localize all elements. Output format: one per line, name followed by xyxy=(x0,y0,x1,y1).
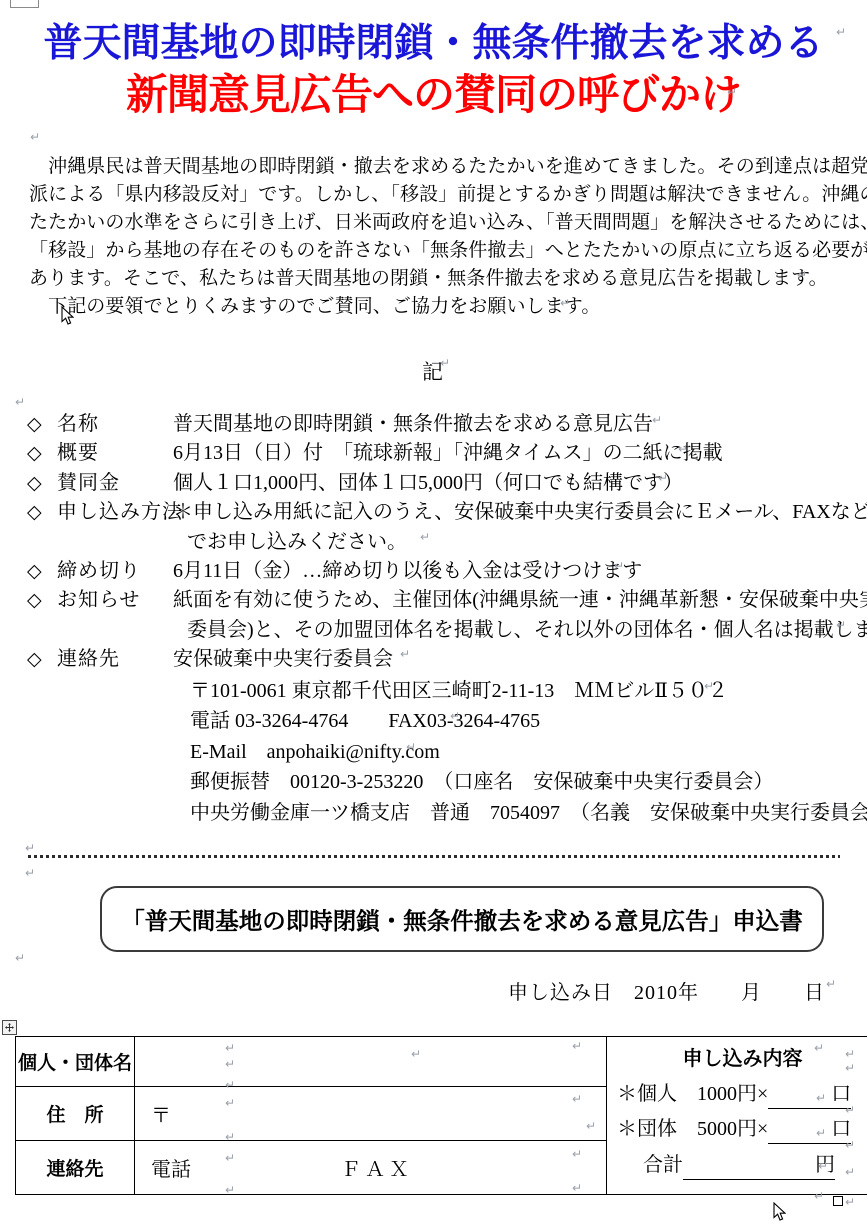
tel-label: 電話 xyxy=(151,1159,191,1181)
mouse-cursor-icon xyxy=(61,306,74,325)
diamond-bullet-icon: ◇ xyxy=(27,557,57,586)
intro-line: 派による「県内移設反対」です。しかし、「移設」前提とするかぎり問題は解決できませ… xyxy=(29,181,841,209)
order-summary-header: 申し込み内容 xyxy=(617,1043,867,1077)
diamond-bullet-icon: ◇ xyxy=(27,410,57,439)
intro-paragraph: 沖縄県民は普天間基地の即時閉鎖・撤去を求めるたたかいを進めてきました。その到達点… xyxy=(29,153,841,321)
individual-count-field[interactable]: 口 xyxy=(768,1080,851,1109)
row-label-contact: 連絡先 xyxy=(16,1141,135,1195)
paragraph-mark-icon: ↵ xyxy=(826,978,836,990)
address-input-cell[interactable]: 〒 xyxy=(135,1087,607,1141)
list-item-content: でお申し込みください。 xyxy=(187,528,407,557)
total-amount-field[interactable]: 円 xyxy=(683,1151,835,1180)
application-form-title-box: 「普天間基地の即時閉鎖・無条件撤去を求める意見広告」申込書 xyxy=(100,886,824,952)
unit-kuchi: 口 xyxy=(831,1118,851,1140)
group-amount-line: ＊団体 5000円×口 xyxy=(617,1112,867,1147)
contact-details: 〒101-0061 東京都千代田区三崎町2-11-13 ＭＭビルⅡ５０２ 電話 … xyxy=(190,676,867,828)
list-item: ◇ お知らせ 紙面を有効に使うため、主催団体(沖縄県統一連・沖縄革新懇・安保破棄… xyxy=(27,586,843,615)
application-date-line: 申し込み日 2010年 月 日 xyxy=(508,976,825,1005)
contact-postal-transfer: 郵便振替 00120-3-253220 （口座名 安保破棄中央実行委員会） xyxy=(190,767,867,797)
name-input-cell[interactable] xyxy=(135,1037,607,1087)
list-item: ◇ 名称 普天間基地の即時閉鎖・無条件撤去を求める意見広告 xyxy=(27,410,843,439)
total-line: 合計円 xyxy=(617,1147,867,1183)
diamond-bullet-icon: ◇ xyxy=(27,645,57,674)
list-item-label: 概要 xyxy=(57,439,173,468)
intro-line: たたかいの水準をさらに引き上げ、日米両政府を追い込み、「普天間問題」を解決させる… xyxy=(29,209,841,237)
intro-line: あります。そこで、私たちは普天間基地の閉鎖・無条件撤去を求める意見広告を掲載しま… xyxy=(29,265,841,293)
fax-label: ＦＡＸ xyxy=(341,1159,413,1181)
diamond-bullet-icon: ◇ xyxy=(27,586,57,615)
list-item-content: 6月11日（金）…締め切り以後も入金は受けつけます xyxy=(173,557,843,586)
notice-list: ◇ 名称 普天間基地の即時閉鎖・無条件撤去を求める意見広告 ◇ 概要 6月13日… xyxy=(27,410,843,675)
unit-yen: 円 xyxy=(815,1154,835,1176)
diamond-bullet-icon: ◇ xyxy=(27,498,57,527)
paragraph-mark-icon: ↵ xyxy=(15,952,25,964)
group-count-field[interactable]: 口 xyxy=(768,1115,851,1144)
list-item-content: 普天間基地の即時閉鎖・無条件撤去を求める意見広告 xyxy=(173,410,843,439)
list-item-label: 連絡先 xyxy=(57,645,173,674)
diamond-bullet-icon: ◇ xyxy=(27,439,57,468)
contact-email: E-Mail anpohaiki@nifty.com xyxy=(190,737,867,767)
dotted-cut-line xyxy=(28,855,840,858)
diamond-bullet-icon: ◇ xyxy=(27,469,57,498)
list-item: ◇ 締め切り 6月11日（金）…締め切り以後も入金は受けつけます xyxy=(27,557,843,586)
list-item: ◇ 連絡先 安保破棄中央実行委員会 xyxy=(27,645,843,674)
individual-amount-label: ＊個人 1000円× xyxy=(617,1083,768,1105)
list-item-continuation: でお申し込みください。 xyxy=(27,528,843,557)
contact-phone-fax: 電話 03-3264-4764 FAX03-3264-4765 xyxy=(190,706,867,736)
paragraph-mark-icon: ↵ xyxy=(30,131,40,143)
end-of-document-marker xyxy=(833,1196,843,1206)
row-label-address: 住 所 xyxy=(16,1087,135,1141)
list-item-continuation: 委員会)と、その加盟団体名を掲載し、それ以外の団体名・個人名は掲載しません xyxy=(27,616,843,645)
list-item-label: 申し込み方法 xyxy=(57,498,173,527)
main-title-line1: 普天間基地の即時閉鎖・無条件撤去を求める xyxy=(0,12,867,68)
list-item-content: 紙面を有効に使うため、主催団体(沖縄県統一連・沖縄革新懇・安保破棄中央実行 xyxy=(173,586,867,615)
order-summary-cell: 申し込み内容 ＊個人 1000円×口 ＊団体 5000円×口 合計円 xyxy=(607,1037,867,1195)
individual-amount-line: ＊個人 1000円×口 xyxy=(617,1077,867,1112)
row-label-name: 個人・団体名 xyxy=(16,1037,135,1087)
intro-line: 下記の要領でとりくみますのでご賛同、ご協力をお願いします。 xyxy=(29,293,841,321)
paragraph-mark-icon: ↵ xyxy=(25,842,35,854)
list-item-content: 安保破棄中央実行委員会 xyxy=(173,645,843,674)
intro-line: 沖縄県民は普天間基地の即時閉鎖・撤去を求めるたたかいを進めてきました。その到達点… xyxy=(29,153,841,181)
postal-mark: 〒 xyxy=(151,1105,171,1127)
main-title-line2: 新聞意見広告への賛同の呼びかけ xyxy=(0,62,867,122)
table-row: 個人・団体名 申し込み内容 ＊個人 1000円×口 ＊団体 5000円×口 合計… xyxy=(16,1037,867,1087)
contact-bank-account: 中央労働金庫一ツ橋支店 普通 7054097 （名義 安保破棄中央実行委員会） xyxy=(190,798,867,828)
scrolled-ui-fragment xyxy=(10,0,39,8)
group-amount-label: ＊団体 5000円× xyxy=(617,1118,768,1140)
list-item-content: ＊申し込み用紙に記入のうえ、安保破棄中央実行委員会にＥメール、FAXなど xyxy=(173,498,867,527)
document-page: 普天間基地の即時閉鎖・無条件撤去を求める 新聞意見広告への賛同の呼びかけ 沖縄県… xyxy=(0,0,867,1225)
list-item-content: 6月13日（日）付 「琉球新報」「沖縄タイムス」の二紙に掲載 xyxy=(173,439,843,468)
paragraph-mark-icon: ↵ xyxy=(15,396,25,408)
section-marker: 記 xyxy=(0,356,867,386)
list-item: ◇ 賛同金 個人１口1,000円、団体１口5,000円（何口でも結構です） xyxy=(27,469,843,498)
unit-kuchi: 口 xyxy=(831,1083,851,1105)
application-table: 個人・団体名 申し込み内容 ＊個人 1000円×口 ＊団体 5000円×口 合計… xyxy=(15,1036,867,1195)
list-item-content: 個人１口1,000円、団体１口5,000円（何口でも結構です） xyxy=(173,469,843,498)
list-item: ◇ 申し込み方法 ＊申し込み用紙に記入のうえ、安保破棄中央実行委員会にＥメール、… xyxy=(27,498,843,527)
phone-fax-input-cell[interactable]: 電話ＦＡＸ xyxy=(135,1141,607,1195)
total-label: 合計 xyxy=(643,1154,683,1176)
application-form-title: 「普天間基地の即時閉鎖・無条件撤去を求める意見広告」申込書 xyxy=(121,902,803,936)
list-item-label: 締め切り xyxy=(57,557,173,586)
contact-address: 〒101-0061 東京都千代田区三崎町2-11-13 ＭＭビルⅡ５０２ xyxy=(190,676,867,706)
list-item-label: 賛同金 xyxy=(57,469,173,498)
paragraph-mark-icon: ↵ xyxy=(25,867,35,879)
list-item-label: お知らせ xyxy=(57,586,173,615)
list-item-content: 委員会)と、その加盟団体名を掲載し、それ以外の団体名・個人名は掲載しません xyxy=(187,616,867,645)
list-item: ◇ 概要 6月13日（日）付 「琉球新報」「沖縄タイムス」の二紙に掲載 xyxy=(27,439,843,468)
mouse-cursor-icon xyxy=(773,1202,786,1221)
list-item-label: 名称 xyxy=(57,410,173,439)
intro-line: 「移設」から基地の存在そのものを許さない「無条件撤去」へとたたかいの原点に立ち返… xyxy=(29,237,841,265)
paragraph-mark-icon: ↵ xyxy=(845,1196,855,1208)
table-move-handle-icon[interactable] xyxy=(2,1020,17,1035)
